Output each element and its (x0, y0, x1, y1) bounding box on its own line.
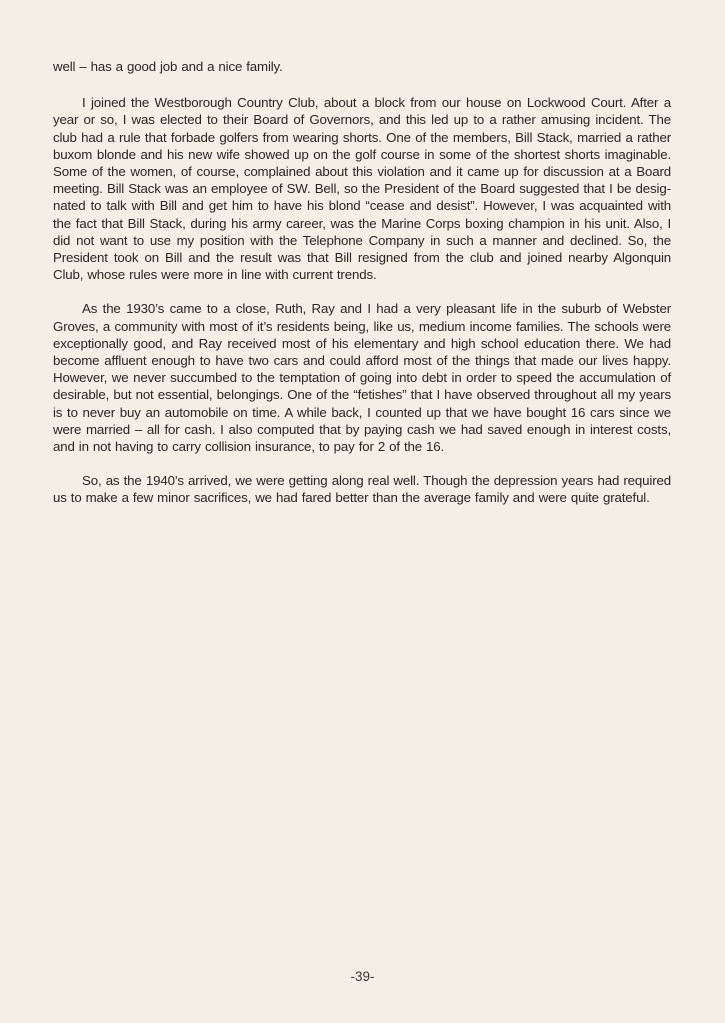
paragraph-1940s: So, as the 1940’s arrived, we were getti… (53, 472, 671, 506)
document-page: well – has a good job and a nice family.… (53, 58, 671, 524)
page-number: -39- (0, 969, 725, 984)
paragraph-country-club: I joined the Westborough Country Club, a… (53, 94, 671, 283)
paragraph-webster-groves: As the 1930’s came to a close, Ruth, Ray… (53, 300, 671, 455)
paragraph-continuation: well – has a good job and a nice family. (53, 58, 671, 75)
